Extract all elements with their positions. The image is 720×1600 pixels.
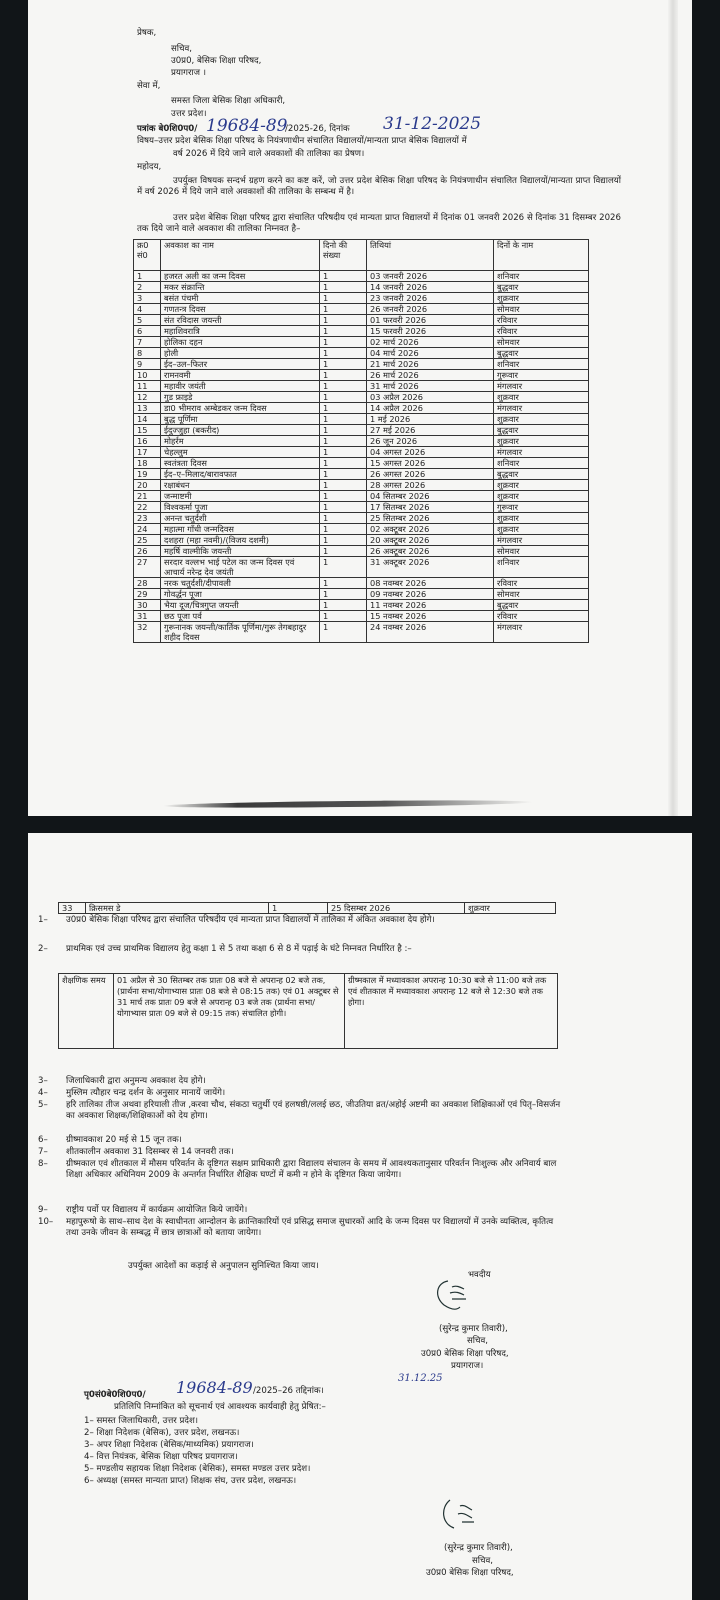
table-row: 7होलिका दहन102 मार्च 2026सोमवार [134, 337, 589, 348]
table-row: 8होली104 मार्च 2026बुद्धवार [134, 348, 589, 359]
cell-days: 1 [320, 513, 367, 524]
cell-weekday: मंगलवार [494, 403, 589, 414]
subject-line: वर्ष 2026 में दिये जाने वाले अवकाशों की … [173, 149, 364, 160]
table-row: 13डा0 भीमराव अम्बेडकर जन्म दिवस114 अप्रै… [134, 403, 589, 414]
cell-weekday: रविवार [494, 326, 589, 337]
table-row: 17चेहल्लुम104 अगस्त 2026मंगलवार [134, 447, 589, 458]
cell-holiday-name: जन्माष्टमी [161, 491, 320, 502]
cell-date: 26 अक्टूबर 2026 [367, 546, 494, 557]
cell-holiday-name: होली [161, 348, 320, 359]
cell-date: 26 जनवरी 2026 [367, 304, 494, 315]
cell-serial: 8 [134, 348, 161, 359]
timing-label: शैक्षणिक समय [59, 974, 114, 1049]
cell-holiday-name: ईदुज्जुहा (बकरीद) [161, 425, 320, 436]
cell-days: 1 [320, 535, 367, 546]
point-text: प्राथमिक एवं उच्च प्राथमिक विद्यालय हेतु… [66, 944, 556, 955]
cell-days: 1 [320, 359, 367, 370]
cell-serial: 26 [134, 546, 161, 557]
cell-serial: 33 [59, 903, 86, 914]
copy-recipient: 4– वित्त नियंत्रक, बेसिक शिक्षा परिषद प्… [84, 1452, 238, 1463]
table-row: 15ईदुज्जुहा (बकरीद)127 मई 2026बुद्धवार [134, 425, 589, 436]
cell-holiday-name: गोवर्द्धन पूजा [161, 589, 320, 600]
cell-days: 1 [320, 546, 367, 557]
copy-recipient: 6– अध्यक्ष (समस्त मान्यता प्राप्त) शिक्ष… [84, 1476, 296, 1487]
table-row: 22विश्वकर्मा पूजा117 सितम्बर 2026गुरूवार [134, 502, 589, 513]
cell-holiday-name: बुद्ध पूर्णिमा [161, 414, 320, 425]
holiday-table: क्र0 सं0 अवकाश का नाम दिनो की संख्या तिथ… [133, 239, 589, 643]
cell-serial: 27 [134, 557, 161, 578]
holiday-table-continued: 33 क्रिसमस डे 1 25 दिसम्बर 2026 शुक्रवार [58, 902, 556, 914]
cell-serial: 29 [134, 589, 161, 600]
cell-holiday-name: महर्षि वाल्मीकि जयन्ती [161, 546, 320, 557]
point-number: 2– [38, 944, 48, 955]
subject-line: विषय–उत्तर प्रदेश बेसिक शिक्षा परिषद के … [137, 136, 467, 147]
cell-date: 04 मार्च 2026 [367, 348, 494, 359]
signatory-name: (सुरेन्द्र कुमार तिवारी), [439, 1324, 508, 1335]
cell-days: 1 [320, 315, 367, 326]
cell-serial: 1 [134, 271, 161, 282]
table-row: 16मोहर्रम126 जून 2026शुक्रवार [134, 436, 589, 447]
cell-days: 1 [320, 502, 367, 513]
cell-date: 26 जून 2026 [367, 436, 494, 447]
cell-date: 04 अगस्त 2026 [367, 447, 494, 458]
cell-weekday: बुद्धवार [494, 348, 589, 359]
cell-serial: 11 [134, 381, 161, 392]
cell-holiday-name: दशहरा (महा नवमी)/(विजय दशमी) [161, 535, 320, 546]
cell-date: 26 अगस्त 2026 [367, 469, 494, 480]
cell-holiday-name: ईद–उल–फितर [161, 359, 320, 370]
cell-serial: 2 [134, 282, 161, 293]
point-number: 10– [38, 1217, 53, 1228]
cell-holiday-name: नरक चतुर्दशी/दीपावली [161, 578, 320, 589]
point-text: ग्रीष्मकाल एवं शीतकाल में मौसम परिवर्तन … [66, 1159, 562, 1181]
recipient-label: सेवा में, [137, 81, 160, 92]
cell-days: 1 [320, 425, 367, 436]
cell-days: 1 [320, 589, 367, 600]
cell-date: 11 नवम्बर 2026 [367, 600, 494, 611]
cell-holiday-name: संत रविदास जयन्ती [161, 315, 320, 326]
cell-holiday-name: महावीर जयंती [161, 381, 320, 392]
signatory2-name: (सुरेन्द्र कुमार तिवारी), [444, 1543, 513, 1554]
cell-weekday: शुक्रवार [494, 480, 589, 491]
signature-icon [430, 1277, 480, 1313]
cell-weekday: मंगलवार [494, 447, 589, 458]
cell-days: 1 [320, 293, 367, 304]
cell-holiday-name: हजरत अली का जन्म दिवस [161, 271, 320, 282]
cell-days: 1 [320, 392, 367, 403]
cell-serial: 5 [134, 315, 161, 326]
cell-weekday: शुक्रवार [494, 392, 589, 403]
cell-serial: 12 [134, 392, 161, 403]
cell-date: 31 अक्टूबर 2026 [367, 557, 494, 578]
table-row: 19ईद–ए–मिलाद/बारावफात126 अगस्त 2026बुद्ध… [134, 469, 589, 480]
copy-ref-prefix: पृ0सं0बे0शि0प0/ [84, 1390, 146, 1401]
cell-holiday-name: गुरूनानक जयन्ती/कार्तिक पूर्णिमा/गुरू ते… [161, 622, 320, 643]
sender-line: उ0प्र0, बेसिक शिक्षा परिषद, [171, 56, 261, 67]
cell-weekday: शुक्रवार [494, 293, 589, 304]
cell-weekday: मंगलवार [494, 381, 589, 392]
table-row: 21जन्माष्टमी104 सितम्बर 2026शुक्रवार [134, 491, 589, 502]
point-number: 9– [38, 1205, 48, 1216]
cell-date: 08 नवम्बर 2026 [367, 578, 494, 589]
page-edge-shadow [668, 0, 678, 816]
cell-weekday: शुक्रवार [494, 513, 589, 524]
cell-days: 1 [320, 326, 367, 337]
signatory-designation: सचिव, [467, 1336, 488, 1347]
ref-number-handwritten: 19684-89 [206, 116, 287, 136]
sender-line: सचिव, [171, 44, 192, 55]
cell-holiday-name: डा0 भीमराव अम्बेडकर जन्म दिवस [161, 403, 320, 414]
cell-date: 15 नवम्बर 2026 [367, 611, 494, 622]
cell-holiday-name: चेहल्लुम [161, 447, 320, 458]
cell-date: 03 अप्रैल 2026 [367, 392, 494, 403]
cell-weekday: शनिवार [494, 359, 589, 370]
table-row: 14बुद्ध पूर्णिमा11 मई 2026शुक्रवार [134, 414, 589, 425]
cell-days: 1 [320, 524, 367, 535]
point-text: राष्ट्रीय पर्वो पर विद्यालय में कार्यक्र… [66, 1205, 562, 1216]
signatory2-designation: सचिव, [472, 1556, 493, 1567]
cell-date: 02 अक्टूबर 2026 [367, 524, 494, 535]
cell-weekday: बुद्धवार [494, 282, 589, 293]
point-text: ग्रीष्मावकाश 20 मई से 15 जून तक। [66, 1135, 562, 1146]
cell-holiday-name: रामनवमी [161, 370, 320, 381]
table-row: 12गुड फ्राइडे103 अप्रैल 2026शुक्रवार [134, 392, 589, 403]
cell-weekday: बुद्धवार [494, 469, 589, 480]
cell-holiday-name: महात्मा गाँधी जन्मदिवस [161, 524, 320, 535]
cell-holiday-name: छठ पूजा पर्व [161, 611, 320, 622]
table-row: 23अनन्त चतुर्दशी125 सितम्बर 2026शुक्रवार [134, 513, 589, 524]
signature-icon [436, 1498, 486, 1534]
cell-serial: 23 [134, 513, 161, 524]
para-reference: उपर्युक्त विषयक सन्दर्भ ग्रहण करने का कष… [137, 176, 621, 198]
cell-holiday-name: मकर संक्रान्ति [161, 282, 320, 293]
cell-days: 1 [320, 282, 367, 293]
cell-days: 1 [320, 348, 367, 359]
cell-date: 01 फरवरी 2026 [367, 315, 494, 326]
cell-date: 25 दिसम्बर 2026 [328, 903, 465, 914]
table-row: 20रक्षाबंधन128 अगस्त 2026शुक्रवार [134, 480, 589, 491]
cell-holiday-name: रक्षाबंधन [161, 480, 320, 491]
cell-days: 1 [320, 337, 367, 348]
table-row: 27सरदार वल्लभ भाई पटेल का जन्म दिवस एवं … [134, 557, 589, 578]
cell-serial: 14 [134, 414, 161, 425]
copy-ref-number-handwritten: 19684-89 [176, 1378, 253, 1397]
cell-holiday-name: अनन्त चतुर्दशी [161, 513, 320, 524]
cell-serial: 32 [134, 622, 161, 643]
cell-days: 1 [320, 403, 367, 414]
cell-date: 1 मई 2026 [367, 414, 494, 425]
cell-serial: 25 [134, 535, 161, 546]
cell-holiday-name: स्वतंत्रता दिवस [161, 458, 320, 469]
cell-days: 1 [320, 469, 367, 480]
cell-holiday-name: मोहर्रम [161, 436, 320, 447]
cell-date: 14 अप्रैल 2026 [367, 403, 494, 414]
cell-days: 1 [320, 381, 367, 392]
copy-recipient: 2– शिक्षा निदेशक (बेसिक), उत्तर प्रदेश, … [84, 1428, 239, 1439]
cell-date: 28 अगस्त 2026 [367, 480, 494, 491]
cell-date: 03 जनवरी 2026 [367, 271, 494, 282]
point-number: 7– [38, 1147, 48, 1158]
copy-recipient: 1– समस्त जिलाधिकारी, उत्तर प्रदेश। [84, 1416, 198, 1427]
point-number: 8– [38, 1159, 48, 1170]
cell-weekday: रविवार [494, 578, 589, 589]
date-handwritten: 31-12-2025 [383, 114, 481, 134]
initial-date-handwritten: 31.12.25 [398, 1373, 443, 1384]
cell-days: 1 [320, 458, 367, 469]
cell-serial: 24 [134, 524, 161, 535]
cell-serial: 6 [134, 326, 161, 337]
timing-school-hours: 01 अप्रैल से 30 सितम्बर तक प्रातः 08 बजे… [114, 974, 345, 1049]
sender-label: प्रेषक, [137, 28, 156, 39]
cell-weekday: मंगलवार [494, 622, 589, 643]
copy-recipient: 3– अपर शिक्षा निदेशक (बेसिक/माध्यमिक) प्… [84, 1440, 254, 1451]
para-table-intro: उत्तर प्रदेश बेसिक शिक्षा परिषद द्वारा स… [137, 213, 621, 235]
ref-prefix: पत्रांक बे0शि0प0/ [137, 124, 197, 135]
cell-serial: 30 [134, 600, 161, 611]
point-number: 5– [38, 1100, 48, 1111]
table-header-row: क्र0 सं0 अवकाश का नाम दिनो की संख्या तिथ… [134, 240, 589, 271]
closing-instruction: उपर्युक्त आदेशों का कड़ाई से अनुपालन सुन… [128, 1261, 319, 1272]
cell-days: 1 [320, 304, 367, 315]
table-row: 29गोवर्द्धन पूजा109 नवम्बर 2026सोमवार [134, 589, 589, 600]
cell-weekday: गुरूवार [494, 502, 589, 513]
cell-serial: 4 [134, 304, 161, 315]
document-page-2: 33 क्रिसमस डे 1 25 दिसम्बर 2026 शुक्रवार… [28, 833, 692, 1600]
cell-days: 1 [320, 491, 367, 502]
cell-serial: 19 [134, 469, 161, 480]
point-number: 4– [38, 1088, 48, 1099]
copy-intro: प्रतिलिपि निम्नांकित को सूचनार्थ एवं आवश… [114, 1402, 326, 1413]
col-header-days: दिनो की संख्या [320, 240, 367, 271]
cell-weekday: शुक्रवार [465, 903, 556, 914]
cell-serial: 21 [134, 491, 161, 502]
point-text: जिलाधिकारी द्वारा अनुमन्य अवकाश देय होगे… [66, 1076, 562, 1087]
cell-date: 20 अक्टूबर 2026 [367, 535, 494, 546]
cell-days: 1 [320, 447, 367, 458]
cell-weekday: रविवार [494, 315, 589, 326]
cell-serial: 16 [134, 436, 161, 447]
cell-days: 1 [269, 903, 328, 914]
point-text: महापुरूषो के साथ–साथ देश के स्वाधीनता आन… [66, 1217, 562, 1239]
cell-holiday-name: गुड फ्राइडे [161, 392, 320, 403]
cell-holiday-name: बसंत पंचमी [161, 293, 320, 304]
cell-holiday-name: विश्वकर्मा पूजा [161, 502, 320, 513]
table-row: 4गणतन्त्र दिवस126 जनवरी 2026सोमवार [134, 304, 589, 315]
cell-weekday: बुद्धवार [494, 600, 589, 611]
cell-date: 14 जनवरी 2026 [367, 282, 494, 293]
cell-serial: 10 [134, 370, 161, 381]
cell-serial: 7 [134, 337, 161, 348]
table-row: 3बसंत पंचमी123 जनवरी 2026शुक्रवार [134, 293, 589, 304]
table-row: 9ईद–उल–फितर121 मार्च 2026शनिवार [134, 359, 589, 370]
signatory-office: उ0प्र0 बेसिक शिक्षा परिषद, [421, 1349, 509, 1360]
copy-ref-suffix: /2025–26 तद्दिनांक। [253, 1386, 324, 1397]
table-row: 32गुरूनानक जयन्ती/कार्तिक पूर्णिमा/गुरू … [134, 622, 589, 643]
col-header-name: अवकाश का नाम [161, 240, 320, 271]
point-number: 6– [38, 1135, 48, 1146]
signatory2-office: उ0प्र0 बेसिक शिक्षा परिषद, [426, 1568, 514, 1579]
cell-date: 17 सितम्बर 2026 [367, 502, 494, 513]
cell-weekday: शनिवार [494, 557, 589, 578]
scan-smudge [163, 799, 533, 809]
table-row: 18स्वतंत्रता दिवस115 अगस्त 2026शनिवार [134, 458, 589, 469]
table-row: 26महर्षि वाल्मीकि जयन्ती126 अक्टूबर 2026… [134, 546, 589, 557]
cell-weekday: रविवार [494, 611, 589, 622]
cell-days: 1 [320, 370, 367, 381]
cell-weekday: मंगलवार [494, 535, 589, 546]
cell-weekday: शनिवार [494, 458, 589, 469]
cell-weekday: गुरूवार [494, 370, 589, 381]
document-page-1: प्रेषक, सचिव, उ0प्र0, बेसिक शिक्षा परिषद… [28, 0, 692, 816]
cell-serial: 17 [134, 447, 161, 458]
cell-days: 1 [320, 578, 367, 589]
cell-holiday-name: सरदार वल्लभ भाई पटेल का जन्म दिवस एवं आच… [161, 557, 320, 578]
table-row: 30भैया दूज/चित्रगुप्त जयन्ती111 नवम्बर 2… [134, 600, 589, 611]
table-row: 24महात्मा गाँधी जन्मदिवस102 अक्टूबर 2026… [134, 524, 589, 535]
table-row: 31छठ पूजा पर्व115 नवम्बर 2026रविवार [134, 611, 589, 622]
cell-days: 1 [320, 480, 367, 491]
cell-serial: 20 [134, 480, 161, 491]
cell-date: 26 मार्च 2026 [367, 370, 494, 381]
cell-holiday-name: भैया दूज/चित्रगुप्त जयन्ती [161, 600, 320, 611]
school-timing-table: शैक्षणिक समय 01 अप्रैल से 30 सितम्बर तक … [58, 973, 558, 1049]
cell-days: 1 [320, 557, 367, 578]
cell-date: 24 नवम्बर 2026 [367, 622, 494, 643]
cell-date: 04 सितम्बर 2026 [367, 491, 494, 502]
col-header-serial: क्र0 सं0 [134, 240, 161, 271]
cell-serial: 9 [134, 359, 161, 370]
cell-date: 27 मई 2026 [367, 425, 494, 436]
cell-days: 1 [320, 436, 367, 447]
cell-weekday: सोमवार [494, 304, 589, 315]
cell-weekday: शुक्रवार [494, 491, 589, 502]
signatory-city: प्रयागराज। [451, 1361, 483, 1372]
point-number: 1– [38, 915, 48, 926]
point-text: शीतकालीन अवकाश 31 दिसम्बर से 14 जनवरी तक… [66, 1147, 562, 1158]
cell-serial: 31 [134, 611, 161, 622]
table-row: 10रामनवमी126 मार्च 2026गुरूवार [134, 370, 589, 381]
col-header-dates: तिथियां [367, 240, 494, 271]
cell-weekday: शुक्रवार [494, 414, 589, 425]
cell-days: 1 [320, 271, 367, 282]
cell-weekday: शनिवार [494, 271, 589, 282]
table-row: 33 क्रिसमस डे 1 25 दिसम्बर 2026 शुक्रवार [59, 903, 556, 914]
recipient-line: समस्त जिला बेसिक शिक्षा अधिकारी, [171, 96, 285, 107]
cell-days: 1 [320, 611, 367, 622]
cell-serial: 28 [134, 578, 161, 589]
cell-serial: 3 [134, 293, 161, 304]
sender-line: प्रयागराज । [171, 68, 206, 79]
cell-date: 15 फरवरी 2026 [367, 326, 494, 337]
cell-serial: 18 [134, 458, 161, 469]
table-row: 1हजरत अली का जन्म दिवस103 जनवरी 2026शनिव… [134, 271, 589, 282]
cell-holiday-name: होलिका दहन [161, 337, 320, 348]
cell-date: 23 जनवरी 2026 [367, 293, 494, 304]
salutation: महोदय, [137, 162, 161, 173]
table-row: 25दशहरा (महा नवमी)/(विजय दशमी)120 अक्टूब… [134, 535, 589, 546]
ref-suffix: /2025-26, दिनांक [285, 124, 350, 135]
table-row: 28नरक चतुर्दशी/दीपावली108 नवम्बर 2026रवि… [134, 578, 589, 589]
cell-weekday: सोमवार [494, 546, 589, 557]
table-row: 6महाशिवरात्रि115 फरवरी 2026रविवार [134, 326, 589, 337]
col-header-weekday: दिनों के नाम [494, 240, 589, 271]
cell-holiday-name: ईद–ए–मिलाद/बारावफात [161, 469, 320, 480]
cell-serial: 13 [134, 403, 161, 414]
cell-date: 25 सितम्बर 2026 [367, 513, 494, 524]
cell-weekday: बुद्धवार [494, 425, 589, 436]
cell-date: 21 मार्च 2026 [367, 359, 494, 370]
table-row: 2मकर संक्रान्ति114 जनवरी 2026बुद्धवार [134, 282, 589, 293]
cell-days: 1 [320, 414, 367, 425]
point-text: हरि तालिका तीज अथवा हरियाली तीज ,करवा चौ… [66, 1100, 562, 1122]
cell-serial: 22 [134, 502, 161, 513]
cell-holiday-name: गणतन्त्र दिवस [161, 304, 320, 315]
cell-days: 1 [320, 600, 367, 611]
cell-weekday: शुक्रवार [494, 436, 589, 447]
cell-days: 1 [320, 622, 367, 643]
point-text: मुस्लिम त्यौहार चन्द्र दर्शन के अनुसार म… [66, 1088, 562, 1099]
cell-weekday: शुक्रवार [494, 524, 589, 535]
cell-holiday-name: क्रिसमस डे [86, 903, 269, 914]
point-number: 3– [38, 1076, 48, 1087]
recipient-line: उत्तर प्रदेश। [171, 109, 206, 120]
cell-weekday: सोमवार [494, 337, 589, 348]
copy-recipient: 5– मण्डलीय सहायक शिक्षा निदेशक (बेसिक), … [84, 1464, 310, 1475]
cell-date: 02 मार्च 2026 [367, 337, 494, 348]
timing-recess: ग्रीष्मकाल में मध्यावकाश अपरान्ह 10:30 ब… [345, 974, 558, 1049]
cell-date: 31 मार्च 2026 [367, 381, 494, 392]
cell-date: 15 अगस्त 2026 [367, 458, 494, 469]
table-row: 5संत रविदास जयन्ती101 फरवरी 2026रविवार [134, 315, 589, 326]
cell-serial: 15 [134, 425, 161, 436]
cell-weekday: सोमवार [494, 589, 589, 600]
cell-holiday-name: महाशिवरात्रि [161, 326, 320, 337]
point-text: उ0प्र0 बेसिक शिक्षा परिषद द्वारा संचालित… [66, 915, 556, 926]
table-row: 11महावीर जयंती131 मार्च 2026मंगलवार [134, 381, 589, 392]
cell-date: 09 नवम्बर 2026 [367, 589, 494, 600]
